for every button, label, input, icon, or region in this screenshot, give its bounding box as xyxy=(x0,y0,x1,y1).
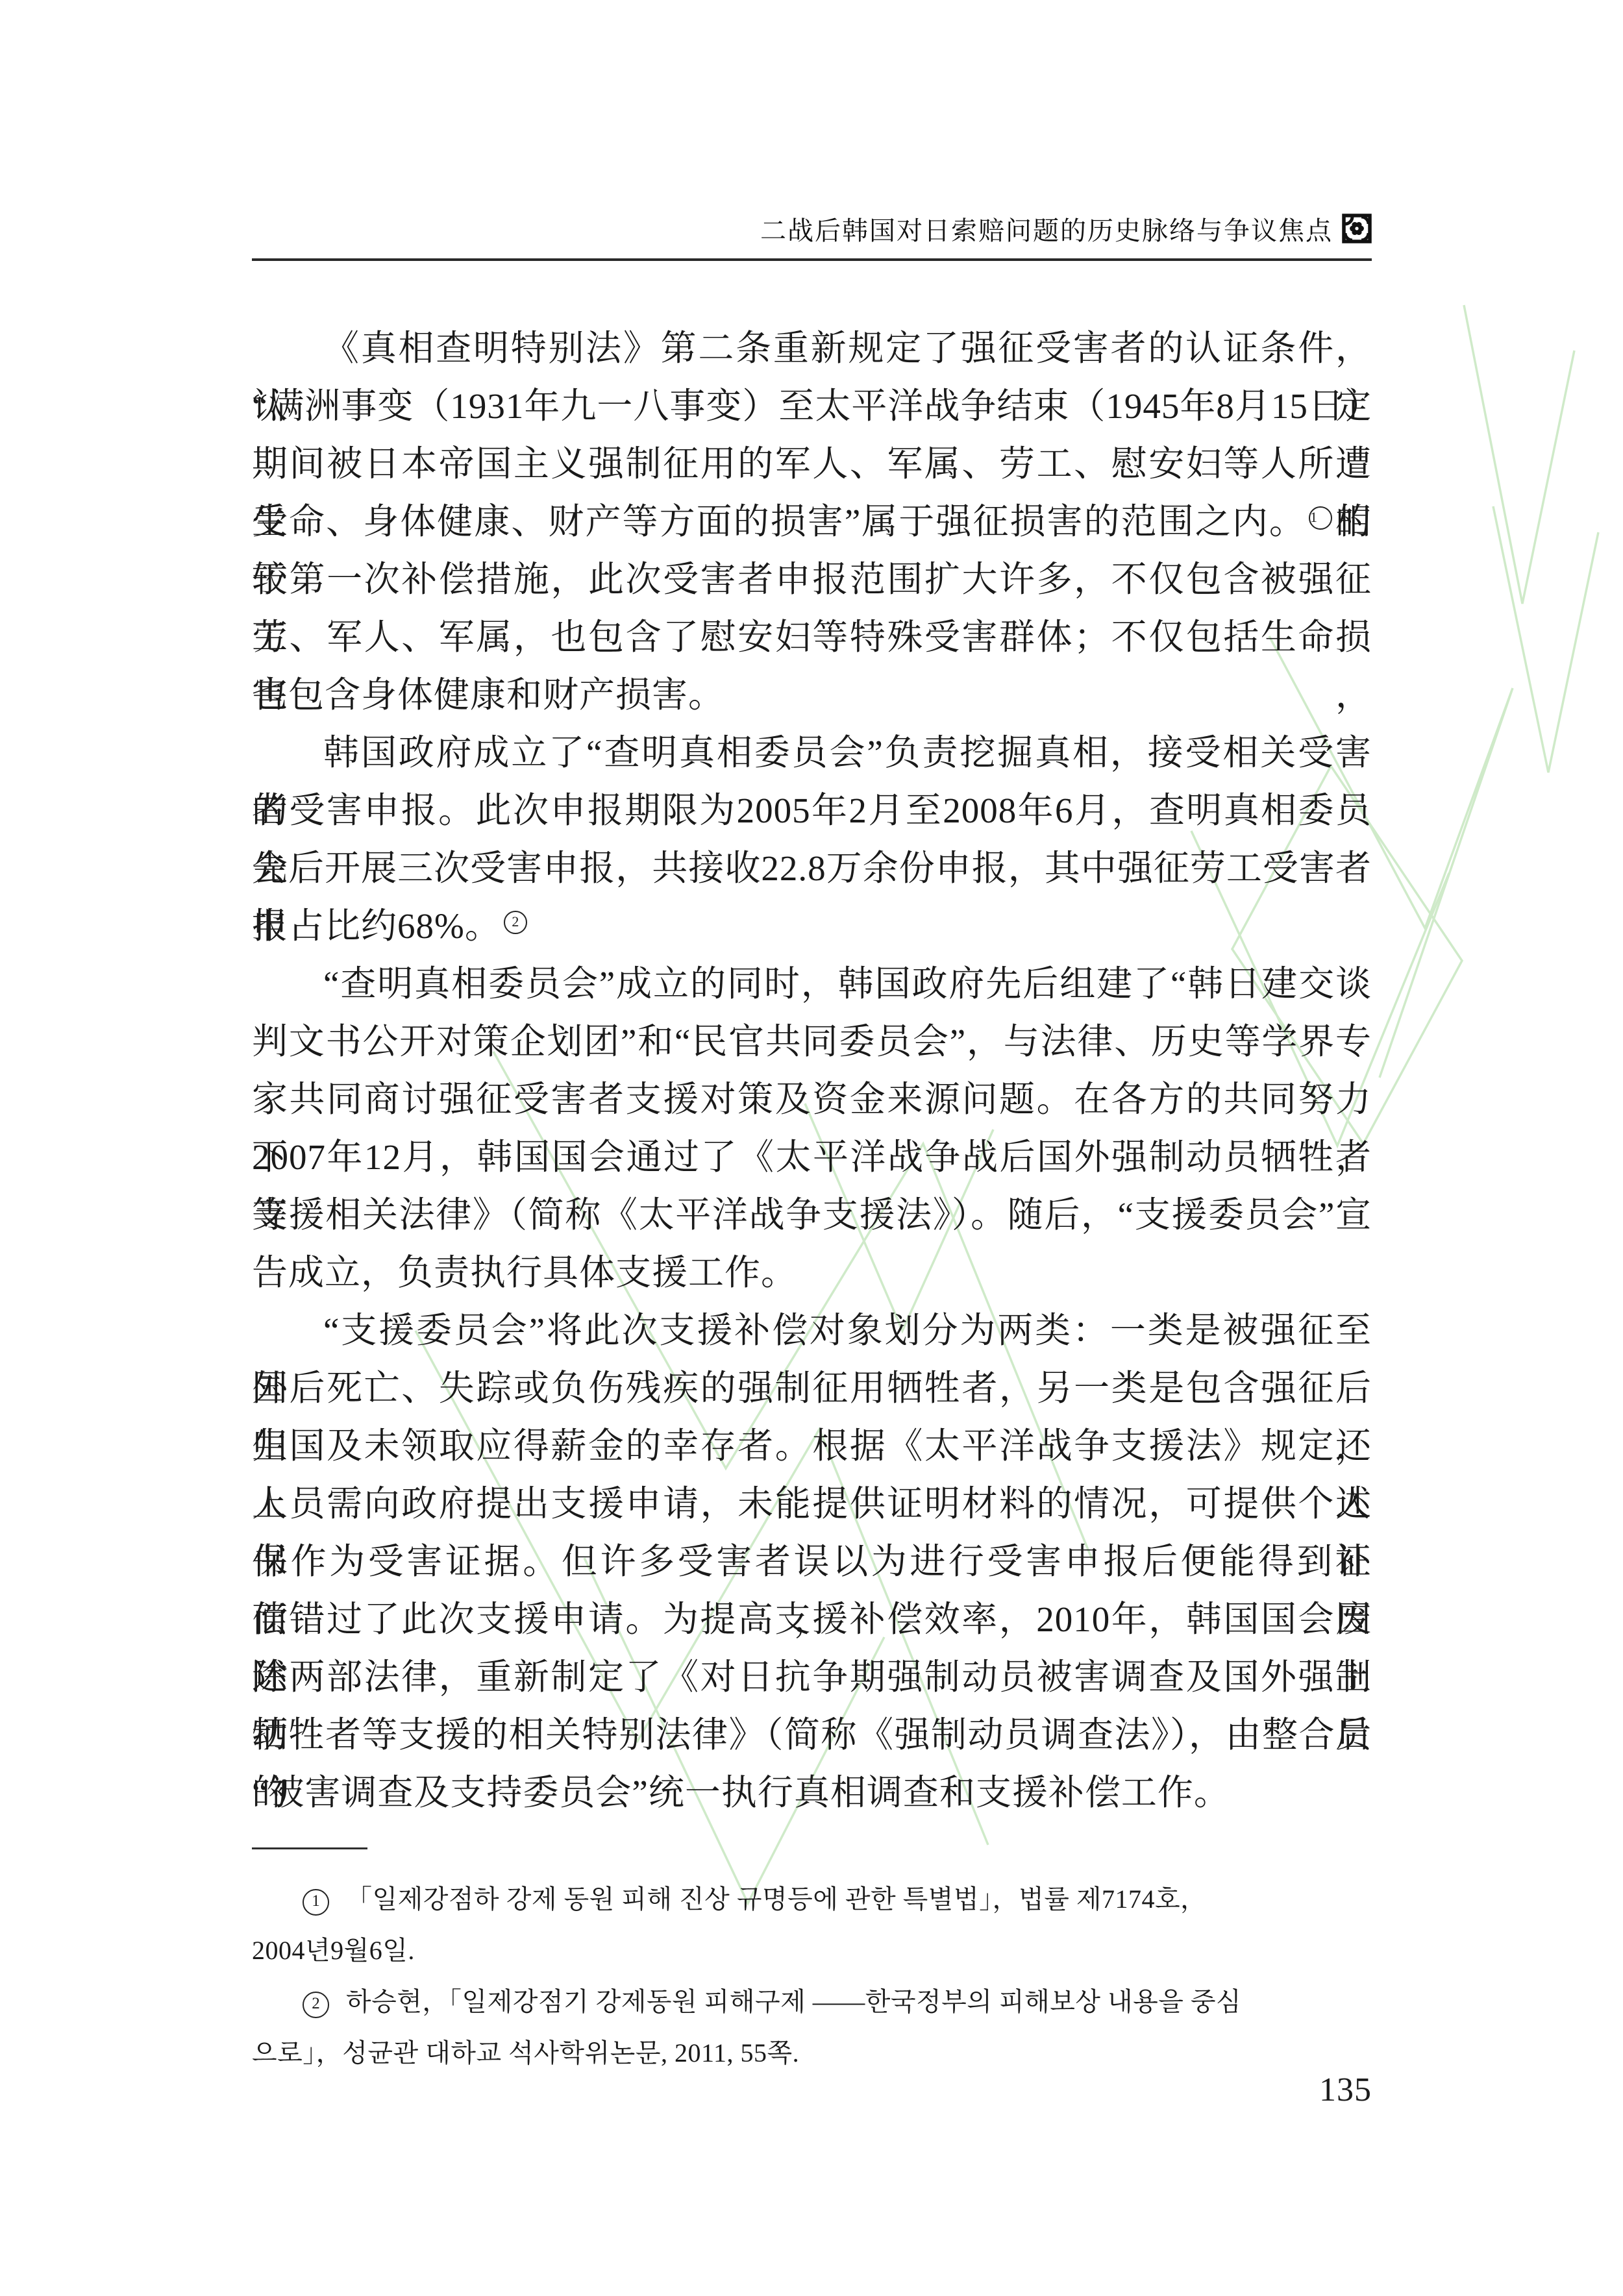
book-page: 二战后韩国对日索赔问题的历史脉络与争议焦点 xyxy=(0,0,1623,2296)
running-header: 二战后韩国对日索赔问题的历史脉络与争议焦点 xyxy=(252,212,1372,245)
body-line: “支援委员会”将此次支援补偿对象划分为两类：一类是被强征至国 xyxy=(252,1302,1372,1359)
footnote-ref-1: 1 xyxy=(1309,506,1332,530)
square-flower-ornament-icon xyxy=(1342,214,1372,243)
body-line: 人员需向政府提出支援申请，未能提供证明材料的情况，可提供个人保证 xyxy=(252,1475,1372,1533)
body-line: 述两部法律，重新制定了《对日抗争期强制动员被害调查及国外强制动员 xyxy=(252,1648,1372,1706)
header-rule xyxy=(252,258,1372,261)
body-line: 判文书公开对策企划团”和“民官共同委员会”，与法律、历史等学界专 xyxy=(252,1013,1372,1070)
body-line: 外后死亡、失踪或负伤残疾的强制征用牺牲者，另一类是包含强征后生还 xyxy=(252,1359,1372,1417)
footnote-line: 2하승현，「일제강점기 강제동원 피해구제 ——한국정부의 피해보상 내용을 중… xyxy=(252,1976,1372,2027)
body-line: “被害调查及支持委员会”统一执行真相调查和支援补偿工作。 xyxy=(252,1764,1372,1821)
body-line: 告成立，负责执行具体支援工作。 xyxy=(252,1244,1372,1302)
body-line: 支援相关法律》（简称《太平洋战争支援法》）。随后，“支援委员会”宣 xyxy=(252,1186,1372,1244)
body-line: 归国及未领取应得薪金的幸存者。根据《太平洋战争支援法》规定，上述 xyxy=(252,1417,1372,1475)
body-line: 家共同商讨强征受害者支援对策及资金来源问题。在各方的共同努力下， xyxy=(252,1070,1372,1128)
body-line: 报占比约68%。2 xyxy=(252,897,1372,955)
body-line: 书作为受害证据。但许多受害者误以为进行受害申报后便能得到补偿，因 xyxy=(252,1533,1372,1590)
footnote-marker-2: 2 xyxy=(303,1992,329,2018)
footnote-separator xyxy=(252,1847,367,1849)
body-line: “满洲事变（1931年九一八事变）至太平洋战争结束（1945年8月15日） xyxy=(252,377,1372,435)
body-text: 《真相查明特别法》第二条重新规定了强征受害者的认证条件，认定“满洲事变（1931… xyxy=(252,319,1372,1821)
body-line: 韩国政府成立了“查明真相委员会”负责挖掘真相，接受相关受害者 xyxy=(252,724,1372,782)
body-line: 2007年12月，韩国国会通过了《太平洋战争战后国外强制动员牺牲者等 xyxy=(252,1128,1372,1186)
body-line: 于第一次补偿措施，此次受害者申报范围扩大许多，不仅包含被强征劳 xyxy=(252,550,1372,608)
page-number: 135 xyxy=(252,2071,1372,2109)
footnotes: 1「일제강점하 강제 동원 피해 진상 규명등에 관한 특별법」，법률 제717… xyxy=(252,1873,1372,2079)
body-line: 先后开展三次受害申报，共接收22.8万余份申报，其中强征劳工受害者申 xyxy=(252,839,1372,897)
body-line: “查明真相委员会”成立的同时，韩国政府先后组建了“韩日建交谈 xyxy=(252,955,1372,1013)
body-line: 生命、身体健康、财产等方面的损害”属于强征损害的范围之内。1相较 xyxy=(252,493,1372,550)
footnote-marker-1: 1 xyxy=(303,1889,329,1916)
body-line: 工、军人、军属，也包含了慰安妇等特殊受害群体；不仅包括生命损害， xyxy=(252,608,1372,666)
body-line: 牺牲者等支援的相关特别法律》（简称《强制动员调查法》），由整合后的 xyxy=(252,1706,1372,1764)
footnote-ref-2: 2 xyxy=(504,911,527,934)
body-line: 期间被日本帝国主义强制征用的军人、军属、劳工、慰安妇等人所遭受的 xyxy=(252,435,1372,493)
body-line: 《真相查明特别法》第二条重新规定了强征受害者的认证条件，认定 xyxy=(252,319,1372,377)
footnote-line: 1「일제강점하 강제 동원 피해 진상 규명등에 관한 특별법」，법률 제717… xyxy=(252,1873,1372,1925)
body-line: 的受害申报。此次申报期限为2005年2月至2008年6月，查明真相委员会 xyxy=(252,782,1372,839)
running-header-title: 二战后韩国对日索赔问题的历史脉络与争议焦点 xyxy=(760,210,1333,247)
body-line: 而错过了此次支援申请。为提高支援补偿效率，2010年，韩国国会废除上 xyxy=(252,1590,1372,1648)
footnote-line: 2004년9월6일. xyxy=(252,1925,1372,1976)
